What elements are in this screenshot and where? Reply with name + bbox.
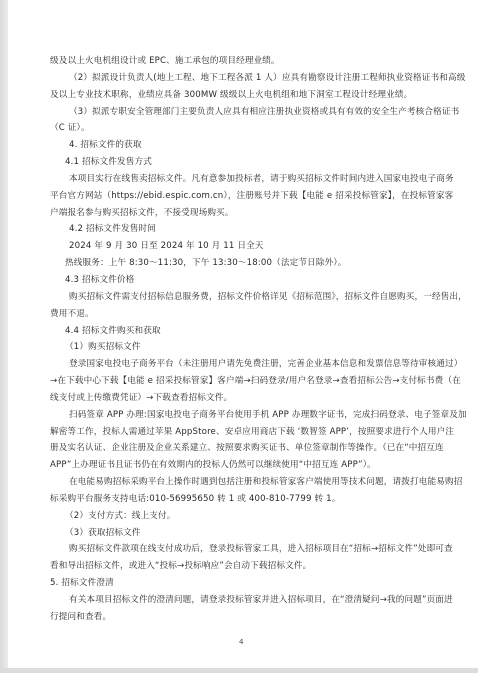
text-line: 看和导出招标文件，或进入“投标→投标响应”会自动下载招标文件。	[50, 558, 440, 575]
text-line: （3）拟派专职安全管理部门主要负责人应具有相应注册执业资格或具有有效的安全生产考…	[50, 104, 440, 121]
section-heading: 5. 招标文件澄清	[50, 575, 440, 592]
text-line: 购买招标文件需支付招标信息服务费，招标文件价格详见《招标范围》，招标文件自愿购买…	[50, 289, 440, 306]
text-line: 费用不退。	[50, 306, 440, 323]
page-number: 4	[239, 638, 243, 646]
text-line: （C 证）。	[50, 120, 440, 137]
viewer-left-edge	[0, 0, 8, 673]
text-line: 级及以上火电机组设计或 EPC、施工承包的项目经理业绩。	[50, 53, 440, 70]
text-line: 登录国家电投电子商务平台（未注册用户请先免费注册，完善企业基本信息和发票信息等待…	[50, 356, 440, 373]
text-line: 扫码签章 APP 办理:国家电投电子商务平台使用手机 APP 办理数字证书，完成…	[50, 407, 440, 424]
text-line: APP”上办理证书且证书仍在有效期内的投标人仍然可以继续使用“中招互连 APP”…	[50, 457, 440, 474]
text-line: 在电能易购招标采购平台上操作时遇到包括注册和投标管家客户端使用等技术问题，请拨打…	[50, 474, 440, 491]
text-line: 线支付或上传缴费凭证）→下载查看招标文件。	[50, 390, 440, 407]
section-heading: 4. 招标文件的获取	[50, 137, 440, 154]
subsection-heading: 4.1 招标文件发售方式	[50, 154, 440, 171]
text-line: 有关本项目招标文件的澄清问题，请登录投标管家并进入招标项目，在“澄清疑问→我的问…	[50, 592, 440, 609]
text-line: 购买招标文件款项在线支付成功后，登录投标管家工具，进入招标项目在“招标→招标文件…	[50, 541, 440, 558]
subsection-heading: 4.4 招标文件购买和获取	[50, 323, 440, 340]
text-line: 解密等工作，投标人需通过苹果 AppStore、安卓应用商店下载 ‘数智签 AP…	[50, 424, 440, 441]
text-line: 户端报名参与购买招标文件，不接受现场购买。	[50, 205, 440, 222]
subsection-heading: 4.2 招标文件发售时间	[50, 221, 440, 238]
hotline-hours: 热线服务：上午 8:30～11:30，下午 13:30～18:00（法定节日除外…	[50, 255, 440, 272]
text-line: →在下载中心下载【电能 e 招采投标管家】客户端→扫码登录/用户名登录→查看招标…	[50, 373, 440, 390]
sale-period: 2024 年 9 月 30 日至 2024 年 10 月 11 日全天	[50, 238, 440, 255]
document-body: 级及以上火电机组设计或 EPC、施工承包的项目经理业绩。 （2）拟派设计负责人(…	[50, 53, 440, 626]
text-line: 及以上专业技术职称，业绩应具备 300MW 级级以上火电机组和地下洞室工程设计经…	[50, 87, 440, 104]
text-line: 本项目实行在线售卖招标文件。凡有意参加投标者，请于购买招标文件时间内进入国家电投…	[50, 171, 440, 188]
text-line: 册及实名认证、企业注册及企业关系建立、按照要求购买证书、单位签章制作等操作。（已…	[50, 440, 440, 457]
support-phone: 标采购平台服务支持电话:010-56995650 转 1 或 400-810-7…	[50, 491, 440, 508]
viewer-bottom-edge	[0, 668, 478, 673]
text-line: （2）拟派设计负责人(地上工程、地下工程各派 1 人）应具有勘察设计注册工程师执…	[50, 70, 440, 87]
text-line: 行提问和查看。	[50, 609, 440, 626]
item-heading: （2）支付方式：线上支付。	[50, 508, 440, 525]
item-heading: （1）购买招标文件	[50, 339, 440, 356]
subsection-heading: 4.3 招标文件价格	[50, 272, 440, 289]
item-heading: （3）获取招标文件	[50, 525, 440, 542]
text-line: 平台官方网站（https://ebid.espic.com.cn），注册账号并下…	[50, 188, 440, 205]
